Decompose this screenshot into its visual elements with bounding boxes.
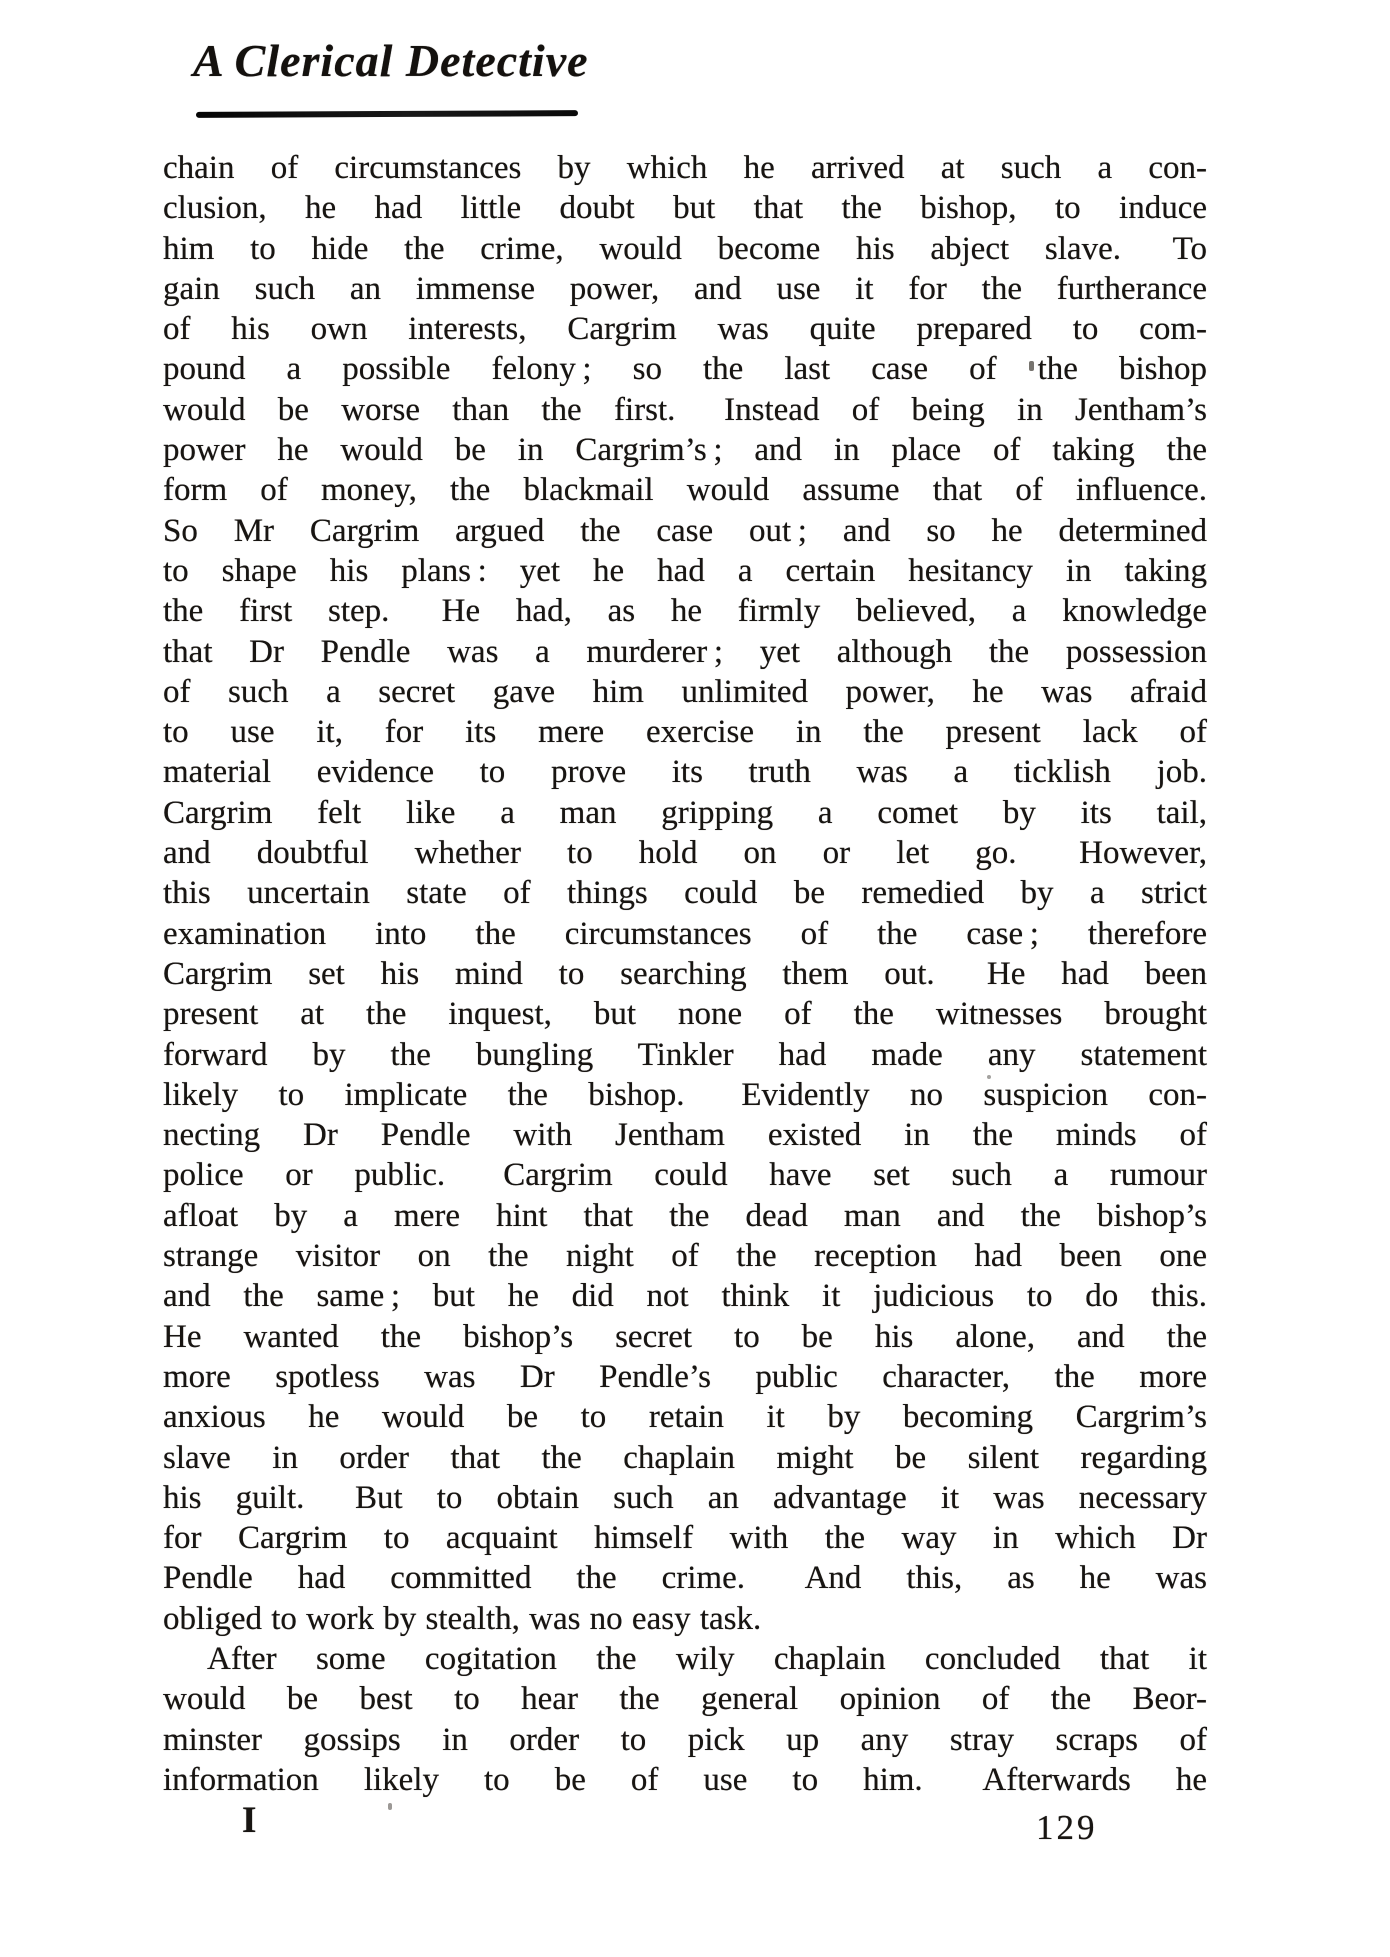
- text-line: pound a possible felony ; so the last ca…: [163, 349, 1207, 389]
- book-page: A Clerical Detective chain of circumstan…: [0, 0, 1390, 1957]
- text-line: this uncertain state of things could be …: [163, 873, 1207, 913]
- text-line: After some cogitation the wily chaplain …: [163, 1639, 1207, 1679]
- text-line: and doubtful whether to hold on or let g…: [163, 833, 1207, 873]
- scan-speck: [987, 1075, 991, 1079]
- page-number: 129: [1036, 1808, 1098, 1848]
- text-line: would be worse than the first. Instead o…: [163, 390, 1207, 430]
- text-line: forward by the bungling Tinkler had made…: [163, 1035, 1207, 1075]
- text-line: minster gossips in order to pick up any …: [163, 1720, 1207, 1760]
- text-line: anxious he would be to retain it by beco…: [163, 1397, 1207, 1437]
- page-header: A Clerical Detective: [193, 34, 589, 87]
- text-line: Cargrim felt like a man gripping a comet…: [163, 793, 1207, 833]
- signature-mark: I: [242, 1799, 256, 1842]
- text-line: to shape his plans : yet he had a certai…: [163, 551, 1207, 591]
- text-line: examination into the circumstances of th…: [163, 914, 1207, 954]
- text-line: necting Dr Pendle with Jentham existed i…: [163, 1115, 1207, 1155]
- text-line: form of money, the blackmail would assum…: [163, 470, 1207, 510]
- text-line: his guilt. But to obtain such an advanta…: [163, 1478, 1207, 1518]
- scan-speck: [1029, 361, 1034, 371]
- text-line: strange visitor on the night of the rece…: [163, 1236, 1207, 1276]
- body-text: chain of circumstances by which he arriv…: [163, 148, 1207, 1800]
- text-line: information likely to be of use to him. …: [163, 1760, 1207, 1800]
- text-line: that Dr Pendle was a murderer ; yet alth…: [163, 632, 1207, 672]
- text-line: him to hide the crime, would become his …: [163, 229, 1207, 269]
- text-line: likely to implicate the bishop. Evidentl…: [163, 1075, 1207, 1115]
- text-line: present at the inquest, but none of the …: [163, 994, 1207, 1034]
- text-line: gain such an immense power, and use it f…: [163, 269, 1207, 309]
- text-line: more spotless was Dr Pendle’s public cha…: [163, 1357, 1207, 1397]
- text-line: afloat by a mere hint that the dead man …: [163, 1196, 1207, 1236]
- text-line: of his own interests, Cargrim was quite …: [163, 309, 1207, 349]
- text-line: chain of circumstances by which he arriv…: [163, 148, 1207, 188]
- text-line: and the same ; but he did not think it j…: [163, 1276, 1207, 1316]
- text-line: the first step. He had, as he firmly bel…: [163, 591, 1207, 631]
- text-line: material evidence to prove its truth was…: [163, 752, 1207, 792]
- text-line: of such a secret gave him unlimited powe…: [163, 672, 1207, 712]
- scan-speck: [388, 1803, 392, 1810]
- text-line: would be best to hear the general opinio…: [163, 1679, 1207, 1719]
- text-line: police or public. Cargrim could have set…: [163, 1155, 1207, 1195]
- text-line: clusion, he had little doubt but that th…: [163, 188, 1207, 228]
- text-line: Cargrim set his mind to searching them o…: [163, 954, 1207, 994]
- text-line: Pendle had committed the crime. And this…: [163, 1558, 1207, 1598]
- text-line: power he would be in Cargrim’s ; and in …: [163, 430, 1207, 470]
- scan-speck: [1005, 1415, 1009, 1419]
- page-title: A Clerical Detective: [193, 34, 589, 87]
- text-line: to use it, for its mere exercise in the …: [163, 712, 1207, 752]
- text-line: He wanted the bishop’s secret to be his …: [163, 1317, 1207, 1357]
- text-line: obliged to work by stealth, was no easy …: [163, 1599, 1207, 1639]
- text-line: for Cargrim to acquaint himself with the…: [163, 1518, 1207, 1558]
- text-line: slave in order that the chaplain might b…: [163, 1438, 1207, 1478]
- text-line: So Mr Cargrim argued the case out ; and …: [163, 511, 1207, 551]
- header-rule: [196, 110, 578, 118]
